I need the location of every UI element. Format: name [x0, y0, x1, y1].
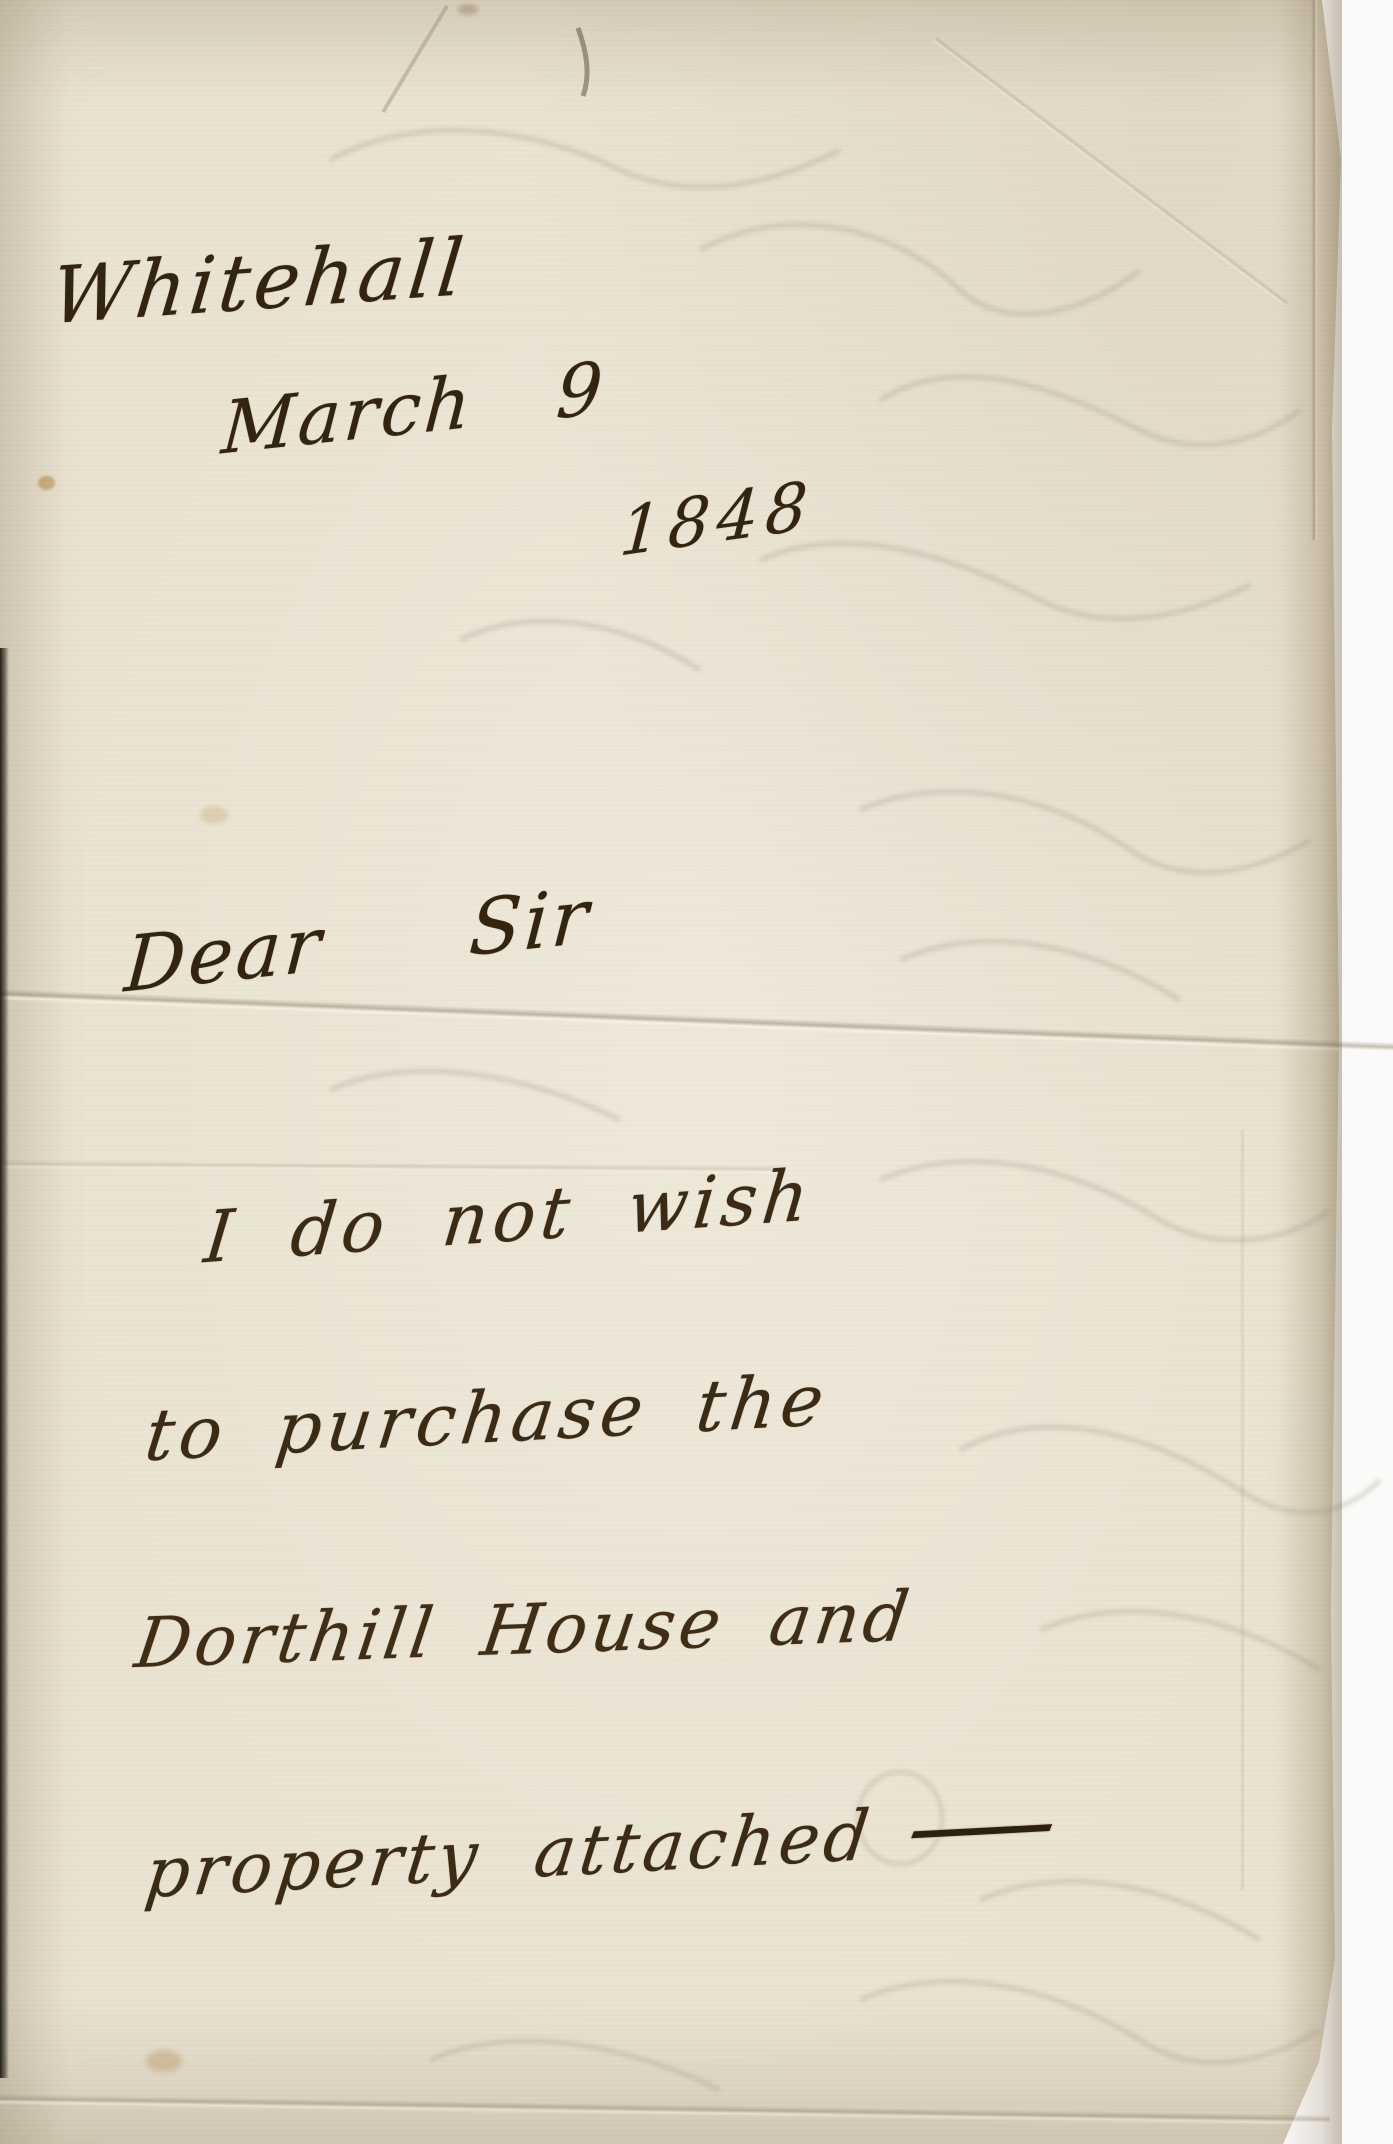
- fold-crease-vertical-mid: [1240, 1130, 1245, 1890]
- paper-left-torn-edge: [0, 648, 9, 2078]
- trailing-dash: —: [899, 1759, 1074, 1888]
- foxing-spot: [146, 2050, 182, 2072]
- foxing-spot: [200, 806, 228, 824]
- foxing-spot: [458, 4, 478, 15]
- paper-right-edge-shadow: [1280, 0, 1342, 2144]
- foxing-spot: [38, 476, 55, 490]
- letter-scan: Whitehall March 9 1848 Dear Sir I do not…: [0, 0, 1393, 2144]
- top-stray-marks: [383, 6, 587, 112]
